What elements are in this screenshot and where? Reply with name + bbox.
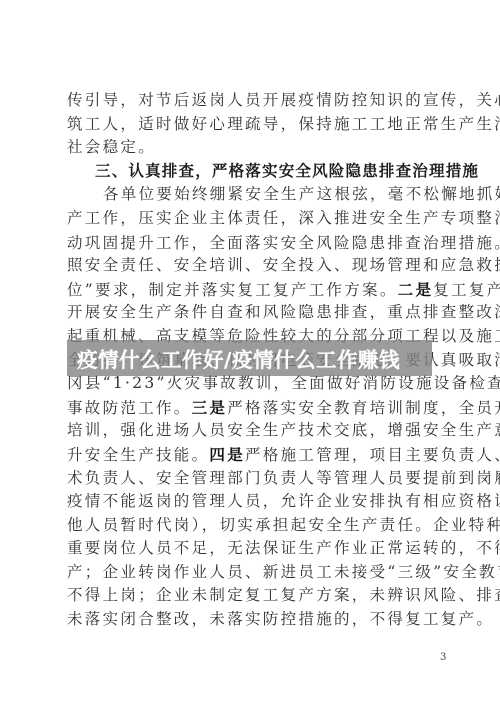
bold-marker: 二是 [398, 280, 434, 299]
overlay-title: 疫情什么工作好/疫情什么工作赚钱 [77, 343, 400, 373]
paragraph-line: 培训，强化进场人员安全生产技术交底，增强安全生产意识，提 [67, 419, 447, 443]
paragraph-line: 产；企业转岗作业人员、新进员工未接受“三级”安全教育的， [67, 561, 447, 585]
paragraph-line: 升安全生产技能。四是严格施工管理，项目主要负责人、生产技 [67, 443, 447, 467]
paragraph-line: 照安全责任、安全培训、安全投入、现场管理和应急救援“五到 [67, 254, 447, 278]
line-text: 事故防范工作。 [67, 399, 192, 417]
line-text: 严格落实安全教育培训制度，全员开展安全 [227, 399, 500, 417]
paragraph-line: 未落实闭合整改，未落实防控措施的，不得复工复产。 [67, 608, 447, 632]
paragraph-line: 各单位要始终绷紧安全生产这根弦，毫不松懈地抓好安全生 [67, 183, 447, 207]
document-page: 传引导，对节后返岗人员开展疫情防控知识的宣传，关心关爱建筑工人，适时做好心理疏导… [0, 0, 500, 712]
title-overlay-banner: 疫情什么工作好/疫情什么工作赚钱 [67, 340, 432, 376]
paragraph-line: 重要岗位人员不足，无法保证生产作业正常运转的，不得复工复 [67, 537, 447, 561]
line-text: 严格施工管理，项目主要负责人、生产技 [245, 446, 500, 464]
line-text: 升安全生产技能。 [67, 446, 209, 464]
paragraph-line: 位”要求，制定并落实复工复产工作方案。二是复工复产前全面 [67, 278, 447, 302]
bold-marker: 四是 [209, 445, 245, 464]
paragraph-line: 社会稳定。 [67, 136, 447, 160]
paragraph-line: 开展安全生产条件自查和风险隐患排查，重点排查整改深基坑、 [67, 301, 447, 325]
paragraph-line: 动巩固提升工作，全面落实安全风险隐患排查治理措施。一是按 [67, 231, 447, 255]
paragraph-line: 产工作，压实企业主体责任，深入推进安全生产专项整治三年行 [67, 207, 447, 231]
paragraph-line: 疫情不能返岗的管理人员，允许企业安排执有相应资格证书的其 [67, 490, 447, 514]
page-number: 3 [440, 652, 446, 663]
paragraph-line: 术负责人、安全管理部门负责人等管理人员要提前到岗履职（因 [67, 467, 447, 491]
paragraph-line: 筑工人，适时做好心理疏导，保持施工工地正常生产生活秩序和 [67, 113, 447, 137]
line-text: 复工复产前全面 [433, 281, 500, 299]
paragraph-line: 不得上岗；企业未制定复工复产方案，未辨识风险、排查隐患， [67, 584, 447, 608]
section-heading: 三、认真排查，严格落实安全风险隐患排查治理措施 [67, 160, 447, 184]
paragraph-line: 传引导，对节后返岗人员开展疫情防控知识的宣传，关心关爱建 [67, 89, 447, 113]
paragraph-line: 事故防范工作。三是严格落实安全教育培训制度，全员开展安全 [67, 396, 447, 420]
bold-marker: 三是 [192, 398, 228, 417]
paragraph-line: 他人员暂时代岗），切实承担起安全生产责任。企业特种作业人员、 [67, 514, 447, 538]
line-text: 动巩固提升工作，全面落实安全风险隐患排查治理措施。 [67, 234, 500, 252]
line-text: 位”要求，制定并落实复工复产工作方案。 [67, 281, 398, 299]
